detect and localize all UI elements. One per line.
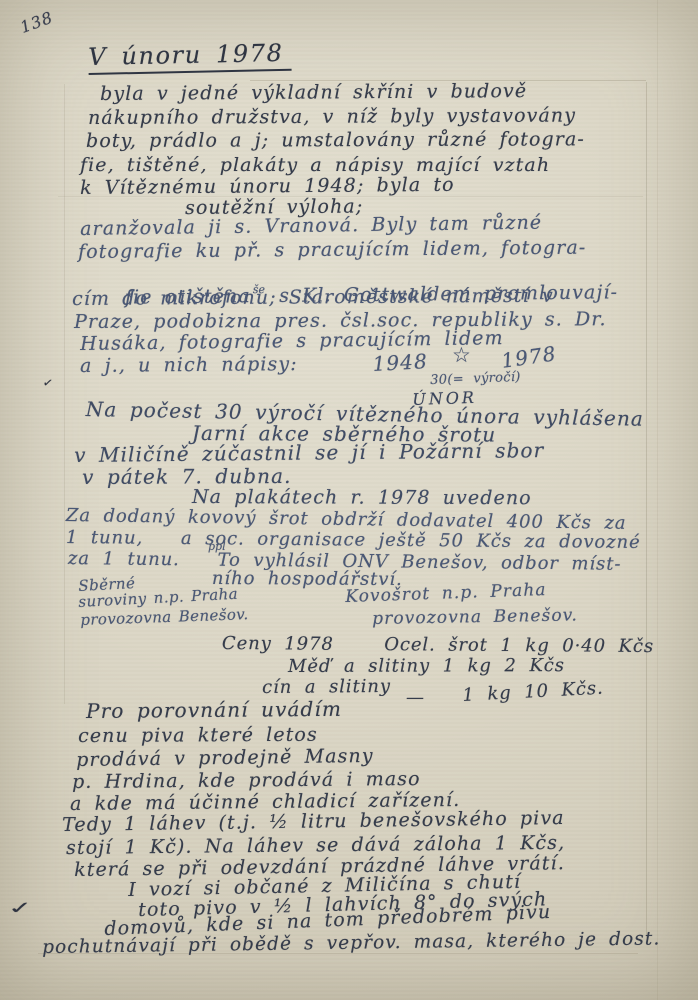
anniversary-year-right: 1978 [500, 342, 558, 371]
handwritten-line: a j., u nich nápisy: [80, 354, 298, 377]
margin-check-mark: ✓ [6, 898, 37, 917]
star-icon: ☆ [452, 344, 472, 367]
page-crease [657, 0, 658, 1000]
handwritten-line: fie, tištěné, plakáty a nápisy mající vz… [80, 155, 550, 176]
org-right-line: provozovna Benešov. [372, 606, 578, 628]
inline-insertion: ppl [208, 541, 226, 553]
price-line: Měď a slitiny 1 kg 2 Kčs [288, 656, 565, 677]
sheet-edge [64, 84, 65, 704]
page-number: 138 [18, 9, 56, 37]
handwritten-line: nákupního družstva, v níž byly vystavová… [88, 105, 576, 128]
anniversary-note: 30(= výročí) [430, 371, 521, 388]
handwritten-line: prodává v prodejně Masny [76, 746, 374, 771]
price-line: Ceny 1978 Ocel. šrot 1 kg 0·40 Kčs [222, 634, 654, 657]
chronicle-page: 138 V únoru 1978 byla v jedné výkladní s… [0, 0, 698, 1000]
margin-check-mark: ✓ [42, 376, 55, 391]
handwritten-line: k Vítěznému únoru 1948; byla to [80, 175, 455, 199]
handwritten-line: fotografie ku př. s pracujícím lidem, fo… [78, 238, 586, 263]
price-line: cín a slitiny [262, 677, 391, 698]
handwritten-line: v Miličíně zúčastnil se jí i Požární sbo… [74, 439, 544, 466]
handwritten-line: cenu piva které letos [78, 725, 318, 747]
price-line: 1 kg 10 Kčs. [462, 679, 604, 706]
handwritten-line: Na plakátech r. 1978 uvedeno [192, 487, 532, 509]
anniversary-year-left: 1948 [372, 350, 428, 375]
handwritten-line: Husáka, fotografie s pracujícím lidem [80, 328, 504, 355]
org-left-line: provozovna Benešov. [80, 606, 249, 628]
dash-mark: — [406, 688, 425, 708]
handwritten-line: v pátek 7. dubna. [82, 465, 292, 488]
handwritten-line: boty, prádlo a j; umstalovány různé foto… [86, 129, 585, 152]
sheet-edge [646, 82, 647, 938]
handwritten-line: Pro porovnání uvádím [86, 698, 342, 722]
handwritten-line: byla v jedné výkladní skříni v budově [100, 81, 527, 105]
page-title: V únoru 1978 [88, 40, 292, 76]
handwritten-line: cím do mikrofonu; Staroměstské náměstí v [72, 286, 554, 310]
handwritten-line: aranžovala ji s. Vranová. Byly tam různé [80, 213, 542, 240]
